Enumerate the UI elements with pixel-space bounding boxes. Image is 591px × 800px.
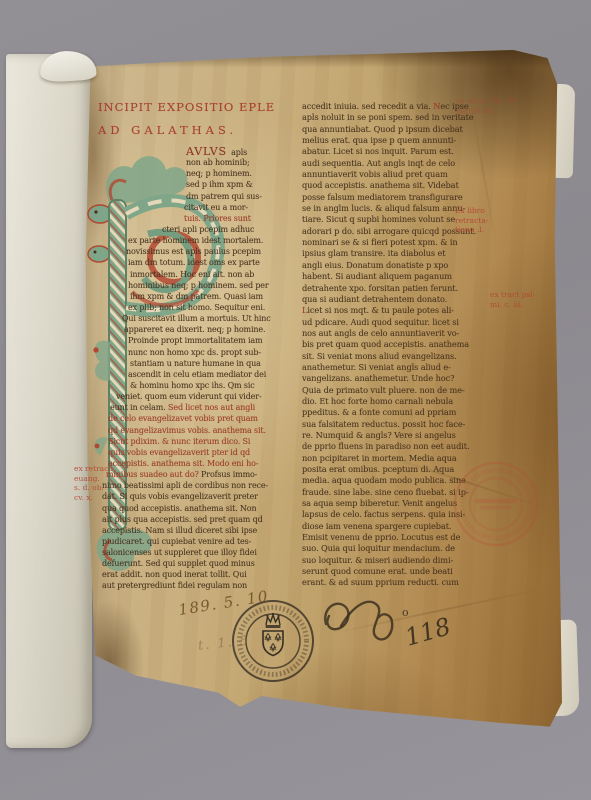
calligraphic-number: o 118	[322, 588, 464, 668]
marginal-note-right-low: ex tract psl-mi. c. iii.	[490, 290, 535, 309]
marginal-note-right-mid: Ex libroretracta-tionu .l.	[455, 206, 488, 235]
manuscript-photograph: INCIPIT EXPOSITIO EPLE AD GALATHAS.	[0, 0, 591, 800]
red-library-stamp	[450, 458, 542, 550]
marginal-note-right-top: ex serm. dni. denatiuitate.	[456, 95, 517, 115]
rubric-title: INCIPIT EXPOSITIO EPLE AD GALATHAS.	[98, 96, 275, 142]
parchment-page: INCIPIT EXPOSITIO EPLE AD GALATHAS.	[78, 50, 562, 730]
number-value: 118	[402, 612, 454, 652]
number-sign: o	[402, 606, 409, 619]
rubric-line-2: AD GALATHAS.	[98, 119, 275, 142]
rubric-line-1: INCIPIT EXPOSITIO EPLE	[98, 96, 275, 119]
bottom-left-stain	[82, 578, 160, 734]
marginal-note-left: ex retracueuang.s. d. ob.cv. x.	[74, 464, 113, 502]
text-column-left: AVLVS aplsnon ab hominib;neq; p hominem.…	[98, 146, 298, 592]
flyleaf-page	[6, 54, 92, 748]
